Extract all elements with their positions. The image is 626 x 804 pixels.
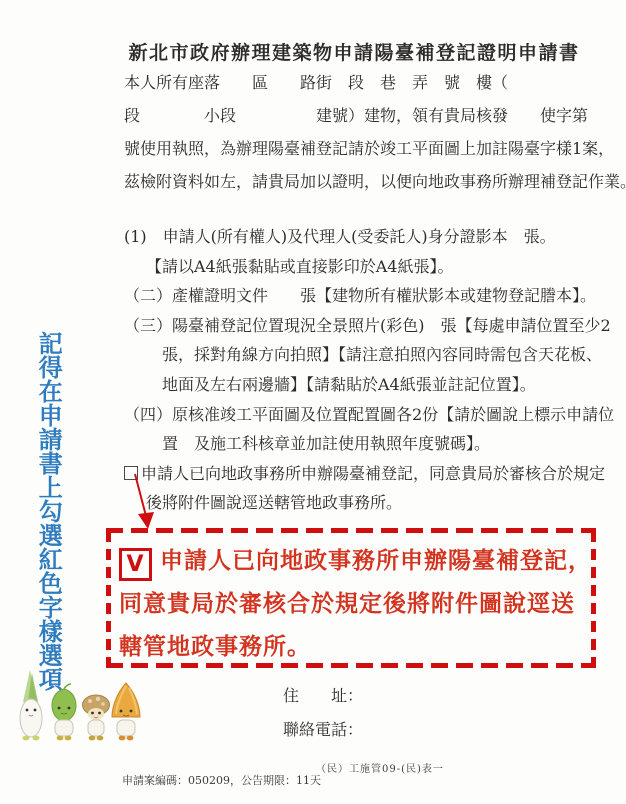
intro-paragraph: 本人所有座落 區 路街 段 巷 弄 號 樓（ 段 小段 建號）建物，領有貴局核發… (124, 66, 614, 198)
arrow-icon (127, 473, 163, 533)
attachment-item-3: （三）陽臺補登記位置現況全景照片(彩色) 張【每處申請位置至少2 (124, 311, 616, 341)
highlight-row-2: 同意貴局於審核合於規定後將附件圖說逕送 (119, 582, 588, 625)
form-title: 新北市政府辦理建築物申請陽臺補登記證明申請書 (118, 38, 590, 65)
case-info: 申請案編碼：050209，公告期限：11天 (122, 772, 321, 788)
intro-line: 段 小段 建號）建物，領有貴局核發 使字第 (124, 99, 614, 132)
consent-text-cont: 後將附件圖說逕送轄管地政事務所。 (124, 488, 616, 518)
phone-label: 聯絡電話： (283, 713, 363, 747)
highlight-row-3: 轄管地政事務所。 (119, 625, 588, 668)
reminder-note: 記得在申請書上勾選紅色字樣選項 (36, 331, 60, 691)
consent-text: 申請人已向地政事務所申辦陽臺補登記，同意貴局於審核合於規定 (141, 464, 605, 483)
mascot-group (4, 668, 144, 746)
guava-mascot-icon (52, 684, 76, 740)
attachment-item-3-cont: 地面及左右兩邊牆】【請黏貼於A4紙張並註記位置】。 (124, 370, 616, 400)
attachment-item-3-cont: 張，採對角線方向拍照】【請注意拍照內容同時需包含天花板、 (124, 340, 616, 370)
attachment-item-1: (1) 申請人(所有權人)及代理人(受委託人)身分證影本 張。 (124, 222, 616, 252)
attachment-item-2: （二）產權證明文件 張【建物所有權狀影本或建物登記謄本】。 (124, 281, 616, 311)
bamboo-shoot-mascot-icon (112, 683, 140, 740)
intro-line: 本人所有座落 區 路街 段 巷 弄 號 樓（ (124, 66, 614, 99)
form-code: （民）工施管09-(民)表一 (316, 760, 444, 775)
highlight-row-1: V申請人已向地政事務所申辦陽臺補登記， (119, 539, 588, 582)
attachment-item-4: （四）原核准竣工平面圖及位置配置圖各2份【請於圖說上標示申請位 (124, 400, 616, 430)
scallion-mascot-icon (20, 670, 42, 740)
attachment-item-1-note: 【請以A4紙張黏貼或直接影印於A4紙張】。 (124, 252, 616, 282)
intro-line: 茲檢附資料如左，請貴局加以證明，以便向地政事務所辦理補登記作業。 (124, 165, 614, 198)
highlight-callout: V申請人已向地政事務所申辦陽臺補登記， 同意貴局於審核合於規定後將附件圖說逕送 … (106, 528, 596, 668)
attachment-list: (1) 申請人(所有權人)及代理人(受委託人)身分證影本 張。 【請以A4紙張黏… (124, 222, 616, 518)
contact-fields: 住 址： 聯絡電話： (283, 679, 363, 747)
mushroom-mascot-icon (83, 695, 110, 740)
consent-row: 申請人已向地政事務所申辦陽臺補登記，同意貴局於審核合於規定 (124, 459, 616, 489)
checked-mark[interactable]: V (119, 548, 152, 581)
intro-line: 號使用執照，為辦理陽臺補登記請於竣工平面圖上加註陽臺字樣1案， (124, 132, 614, 165)
attachment-item-4-cont: 置 及施工科核章並加註使用執照年度號碼】。 (124, 429, 616, 459)
application-form-page: 新北市政府辦理建築物申請陽臺補登記證明申請書 本人所有座落 區 路街 段 巷 弄… (0, 0, 626, 804)
highlight-text: 申請人已向地政事務所申辦陽臺補登記， (160, 547, 592, 574)
address-label: 住 址： (283, 679, 363, 713)
